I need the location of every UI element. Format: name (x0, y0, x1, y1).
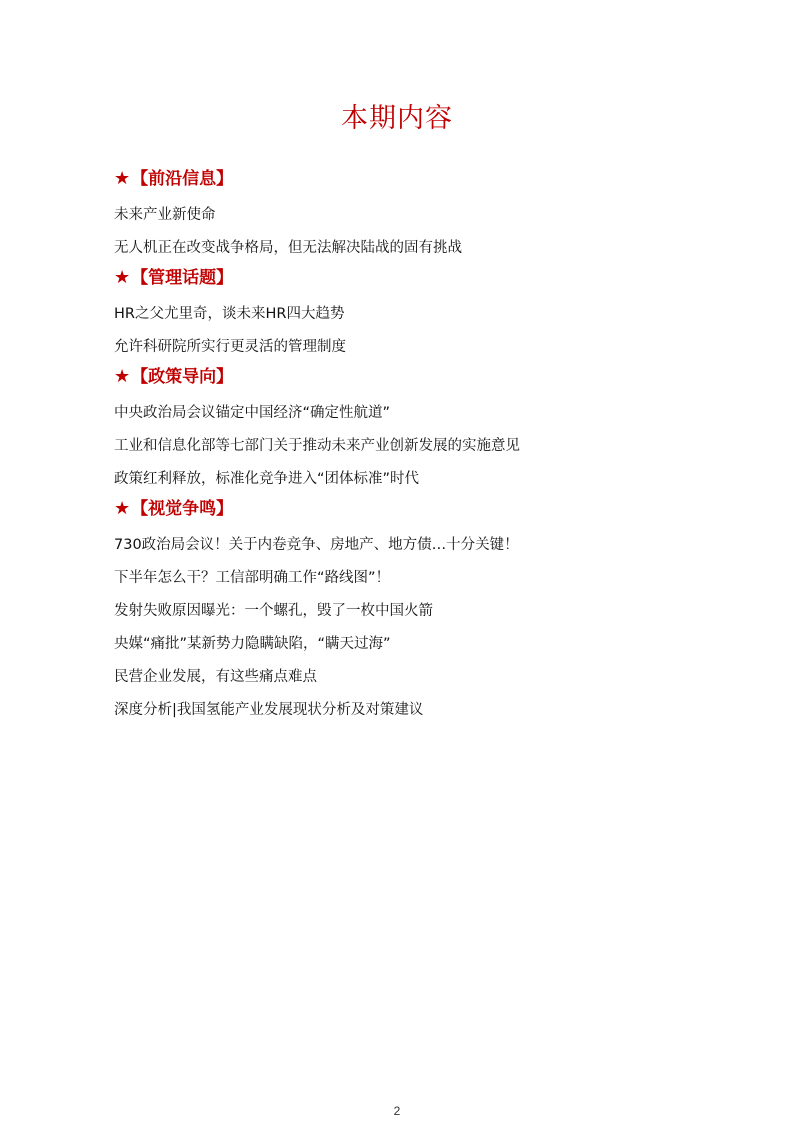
star-icon: ★ (114, 366, 130, 387)
section-heading: ★【视觉争鸣】 (114, 496, 714, 522)
toc-item[interactable]: HR之父尤里奇，谈未来HR四大趋势 (114, 298, 714, 331)
star-icon: ★ (114, 168, 130, 189)
toc-item[interactable]: 政策红利释放，标准化竞争进入“团体标准”时代 (114, 463, 714, 496)
table-of-contents: ★【前沿信息】 未来产业新使命 无人机正在改变战争格局，但无法解决陆战的固有挑战… (114, 166, 714, 727)
section-heading-label: 【政策导向】 (131, 367, 233, 387)
toc-item[interactable]: 730政治局会议！关于内卷竞争、房地产、地方债…十分关键！ (114, 529, 714, 562)
toc-item[interactable]: 发射失败原因曝光：一个螺孔，毁了一枚中国火箭 (114, 595, 714, 628)
toc-item[interactable]: 深度分析|我国氢能产业发展现状分析及对策建议 (114, 694, 714, 727)
section-heading-label: 【前沿信息】 (131, 169, 233, 189)
section-frontier-info: ★【前沿信息】 未来产业新使命 无人机正在改变战争格局，但无法解决陆战的固有挑战 (114, 166, 714, 265)
page-title: 本期内容 (0, 96, 794, 135)
section-heading-label: 【视觉争鸣】 (131, 499, 233, 519)
toc-item[interactable]: 允许科研院所实行更灵活的管理制度 (114, 331, 714, 364)
toc-item[interactable]: 央媒“痛批”某新势力隐瞒缺陷，“瞒天过海” (114, 628, 714, 661)
section-heading: ★【前沿信息】 (114, 166, 714, 192)
toc-item[interactable]: 未来产业新使命 (114, 199, 714, 232)
toc-item[interactable]: 无人机正在改变战争格局，但无法解决陆战的固有挑战 (114, 232, 714, 265)
page-number: 2 (0, 1104, 794, 1118)
toc-item[interactable]: 民营企业发展，有这些痛点难点 (114, 661, 714, 694)
star-icon: ★ (114, 498, 130, 519)
section-heading: ★【管理话题】 (114, 265, 714, 291)
star-icon: ★ (114, 267, 130, 288)
toc-item[interactable]: 下半年怎么干？工信部明确工作“路线图”！ (114, 562, 714, 595)
section-heading: ★【政策导向】 (114, 364, 714, 390)
section-management-topics: ★【管理话题】 HR之父尤里奇，谈未来HR四大趋势 允许科研院所实行更灵活的管理… (114, 265, 714, 364)
toc-item[interactable]: 中央政治局会议锚定中国经济“确定性航道” (114, 397, 714, 430)
section-visual-debate: ★【视觉争鸣】 730政治局会议！关于内卷竞争、房地产、地方债…十分关键！ 下半… (114, 496, 714, 727)
toc-item[interactable]: 工业和信息化部等七部门关于推动未来产业创新发展的实施意见 (114, 430, 714, 463)
section-heading-label: 【管理话题】 (131, 268, 233, 288)
section-policy-guidance: ★【政策导向】 中央政治局会议锚定中国经济“确定性航道” 工业和信息化部等七部门… (114, 364, 714, 496)
